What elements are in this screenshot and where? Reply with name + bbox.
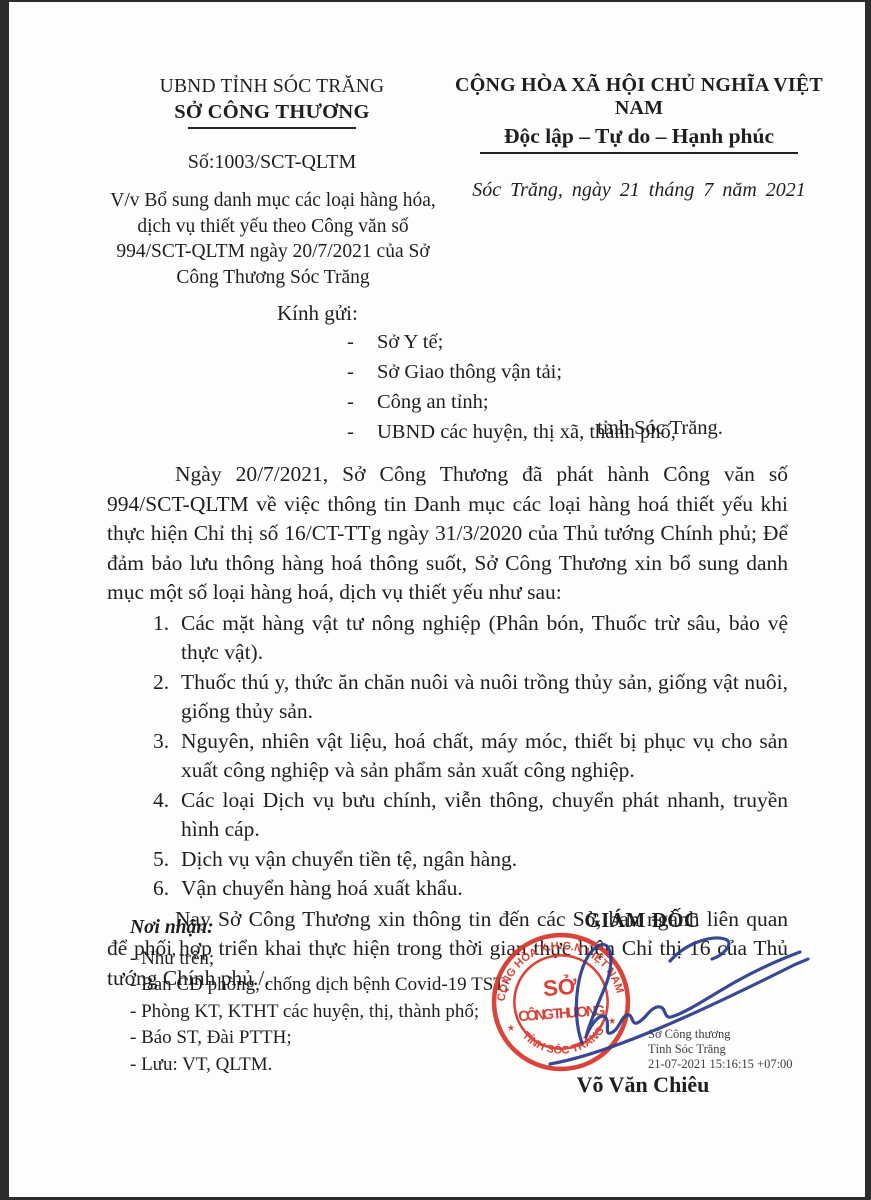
recipient-text: Sở Giao thông vận tải; [377, 357, 562, 387]
list-item-text: Thuốc thú y, thức ăn chăn nuôi và nuôi t… [181, 668, 788, 727]
salutation: Kính gửi: [277, 301, 358, 326]
scan-edge-top [0, 0, 871, 2]
list-item-number: 6. [153, 874, 181, 904]
body-paragraph-1: Ngày 20/7/2021, Sở Công Thương đã phát h… [107, 460, 788, 608]
list-item: 6. Vận chuyển hàng hoá xuất khẩu. [153, 874, 788, 904]
digital-signature-line: Tỉnh Sóc Trăng [648, 1042, 828, 1057]
scanned-official-document: UBND TỈNH SÓC TRĂNG SỞ CÔNG THƯƠNG Số:10… [0, 0, 871, 1200]
issuer-parent-org: UBND TỈNH SÓC TRĂNG [112, 76, 432, 98]
list-item: 3. Nguyên, nhiên vật liệu, hoá chất, máy… [153, 727, 788, 786]
motto-underline [480, 152, 798, 154]
document-subject: V/v Bổ sung danh mục các loại hàng hóa, … [108, 188, 438, 290]
recipient-item: - Sở Giao thông vận tải; [347, 357, 767, 387]
digital-signature-line: 21-07-2021 15:16:15 +07:00 [648, 1057, 828, 1072]
list-item-text: Vận chuyển hàng hoá xuất khẩu. [181, 874, 788, 904]
seal-star-left: ★ [507, 1023, 516, 1034]
recipient-text: Công an tỉnh; [377, 387, 489, 417]
issuer-header: UBND TỈNH SÓC TRĂNG SỞ CÔNG THƯƠNG Số:10… [112, 76, 432, 174]
list-item: 5. Dịch vụ vận chuyển tiền tệ, ngân hàng… [153, 845, 788, 875]
scan-edge-left [0, 0, 9, 1200]
list-item-number: 1. [153, 609, 181, 668]
national-motto-line2: Độc lập – Tự do – Hạnh phúc [438, 124, 840, 149]
signer-name: Võ Văn Chiêu [548, 1072, 738, 1098]
recipient-province: tỉnh Sóc Trăng. [560, 417, 760, 440]
list-item-number: 4. [153, 786, 181, 845]
document-number: Số:1003/SCT-QLTM [112, 151, 432, 174]
recipient-item: - Sở Y tế; [347, 327, 767, 357]
digital-signature-line: Sở Công thương [648, 1027, 828, 1042]
list-item-text: Các loại Dịch vụ bưu chính, viễn thông, … [181, 786, 788, 845]
distribution-title: Nơi nhận: [130, 915, 530, 942]
national-header: CỘNG HÒA XÃ HỘI CHỦ NGHĨA VIỆT NAM Độc l… [438, 74, 840, 202]
place-date-line: Sóc Trăng, ngày 21 tháng 7 năm 2021 [438, 179, 840, 202]
list-item: 1. Các mặt hàng vật tư nông nghiệp (Phân… [153, 609, 788, 668]
list-item-text: Nguyên, nhiên vật liệu, hoá chất, máy mó… [181, 727, 788, 786]
list-dash: - [347, 327, 377, 357]
distribution-block: Nơi nhận: - Như trên; - Ban CĐ phòng, ch… [130, 915, 530, 1078]
distribution-item: - Báo ST, Đài PTTH; [130, 1025, 530, 1052]
list-dash: - [347, 417, 377, 447]
distribution-item: - Như trên; [130, 946, 530, 973]
distribution-item: - Phòng KT, KTHT các huyện, thị, thành p… [130, 999, 530, 1026]
issuer-org-name: SỞ CÔNG THƯƠNG [112, 101, 432, 124]
issuer-underline [188, 127, 356, 129]
list-dash: - [347, 357, 377, 387]
national-motto-line1: CỘNG HÒA XÃ HỘI CHỦ NGHĨA VIỆT NAM [438, 74, 840, 120]
distribution-item: - Ban CĐ phòng, chống dịch bệnh Covid-19… [130, 972, 530, 999]
list-dash: - [347, 387, 377, 417]
recipient-item: - Công an tỉnh; [347, 387, 767, 417]
list-item: 4. Các loại Dịch vụ bưu chính, viễn thôn… [153, 786, 788, 845]
list-item-number: 3. [153, 727, 181, 786]
scan-edge-right [865, 0, 871, 1200]
list-item-text: Dịch vụ vận chuyển tiền tệ, ngân hàng. [181, 845, 788, 875]
list-item-number: 2. [153, 668, 181, 727]
digital-signature-info: Sở Công thương Tỉnh Sóc Trăng 21-07-2021… [648, 1027, 828, 1072]
distribution-item: - Lưu: VT, QLTM. [130, 1052, 530, 1079]
recipient-text: Sở Y tế; [377, 327, 443, 357]
list-item-text: Các mặt hàng vật tư nông nghiệp (Phân bó… [181, 609, 788, 668]
list-item: 2. Thuốc thú y, thức ăn chăn nuôi và nuô… [153, 668, 788, 727]
list-item-number: 5. [153, 845, 181, 875]
numbered-list: 1. Các mặt hàng vật tư nông nghiệp (Phân… [107, 609, 788, 904]
